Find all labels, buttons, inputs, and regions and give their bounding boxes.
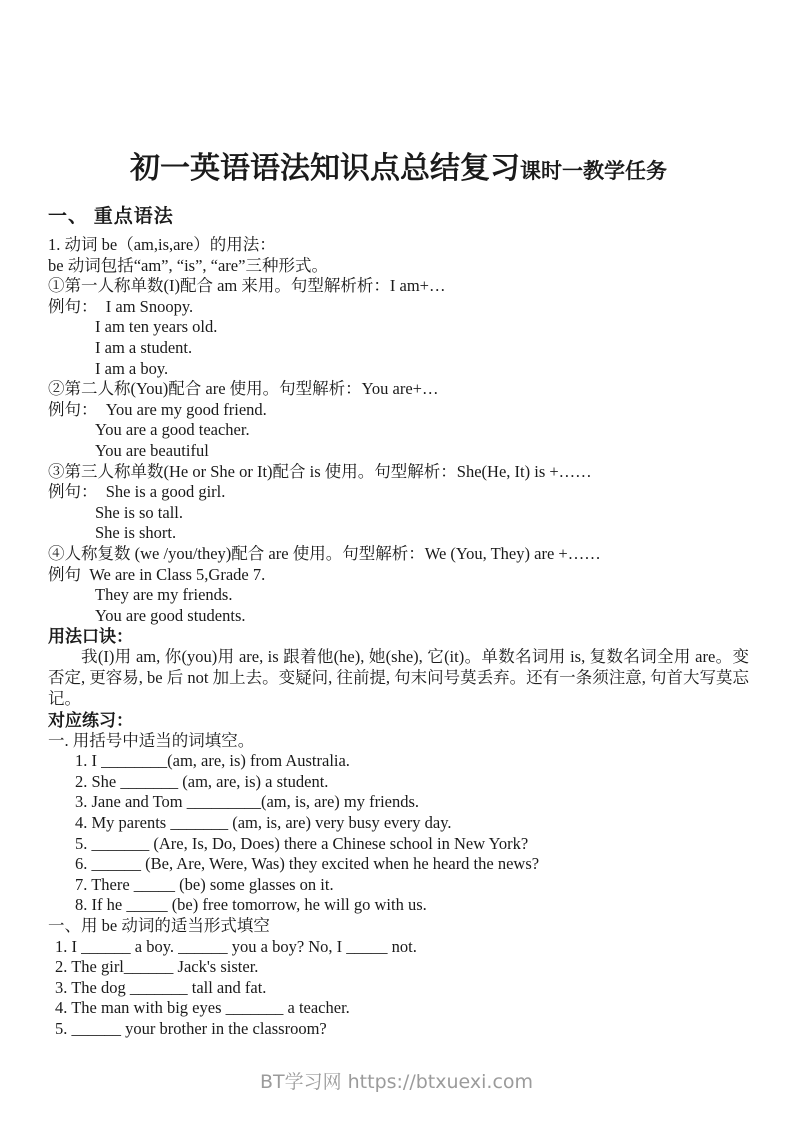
grammar-rule-1: ①第一人称单数(I)配合 am 来用。句型解析析：I am+… xyxy=(48,276,749,297)
mnemonic-text: 我(I)用 am, 你(you)用 are, is 跟着他(he), 她(she… xyxy=(48,647,749,709)
example-sentence: We are in Class 5,Grade 7. xyxy=(81,565,265,584)
example-line: You are a good teacher. xyxy=(48,420,749,441)
exercise2-item-4: 4. The man with big eyes _______ a teach… xyxy=(48,998,749,1019)
example-label: 例句 xyxy=(48,565,81,586)
exercise1-item-4: 4. My parents _______ (am, is, are) very… xyxy=(48,813,749,834)
exercise1-item-6: 6. ______ (Be, Are, Were, Was) they exci… xyxy=(48,854,749,875)
example-line: You are beautiful xyxy=(48,441,749,462)
exercise1-item-3: 3. Jane and Tom _________(am, is, are) m… xyxy=(48,792,749,813)
example-line: 例句： You are my good friend. xyxy=(48,400,749,421)
example-line: She is short. xyxy=(48,523,749,544)
exercise2-item-1: 1. I ______ a boy. ______ you a boy? No,… xyxy=(48,937,749,958)
page-title: 初一英语语法知识点总结复习课时一教学任务 xyxy=(48,148,749,187)
example-line: 例句： I am Snoopy. xyxy=(48,297,749,318)
example-label: 例句： xyxy=(48,400,98,421)
footer-site-credit: BT学习网 https://btxuexi.com xyxy=(0,1067,793,1094)
grammar-point-title: 1. 动词 be（am,is,are）的用法： xyxy=(48,235,749,256)
example-line: I am ten years old. xyxy=(48,317,749,338)
example-label: 例句： xyxy=(48,297,98,318)
page-title-main: 初一英语语法知识点总结复习 xyxy=(130,152,520,185)
example-line: She is so tall. xyxy=(48,503,749,524)
example-sentence: You are my good friend. xyxy=(98,400,267,419)
example-line: 例句： She is a good girl. xyxy=(48,482,749,503)
example-label: 例句： xyxy=(48,482,98,503)
example-sentence: She is a good girl. xyxy=(98,482,226,501)
mnemonic-heading: 用法口诀： xyxy=(48,626,749,647)
section-heading-key-grammar: 一、 重点语法 xyxy=(48,201,749,228)
document-content: 初一英语语法知识点总结复习课时一教学任务 一、 重点语法 1. 动词 be（am… xyxy=(48,148,749,1040)
grammar-rule-2: ②第二人称(You)配合 are 使用。句型解析：You are+… xyxy=(48,379,749,400)
exercise2-item-3: 3. The dog _______ tall and fat. xyxy=(48,978,749,999)
document-page: 初一英语语法知识点总结复习课时一教学任务 一、 重点语法 1. 动词 be（am… xyxy=(0,0,793,1122)
example-line: I am a student. xyxy=(48,338,749,359)
grammar-subpoints: ①第一人称单数(I)配合 am 来用。句型解析析：I am+…例句： I am … xyxy=(48,276,749,626)
example-line: 例句 We are in Class 5,Grade 7. xyxy=(48,565,749,586)
exercise1-item-5: 5. _______ (Are, Is, Do, Does) there a C… xyxy=(48,834,749,855)
example-line: They are my friends. xyxy=(48,585,749,606)
exercise2-item-2: 2. The girl______ Jack's sister. xyxy=(48,957,749,978)
example-line: I am a boy. xyxy=(48,359,749,380)
exercise1-items: 1. I ________(am, are, is) from Australi… xyxy=(48,751,749,916)
exercise1-item-2: 2. She _______ (am, are, is) a student. xyxy=(48,772,749,793)
exercise1-item-8: 8. If he _____ (be) free tomorrow, he wi… xyxy=(48,895,749,916)
page-title-sub: 课时一教学任务 xyxy=(520,159,667,183)
exercise2-items: 1. I ______ a boy. ______ you a boy? No,… xyxy=(48,937,749,1040)
grammar-rule-4: ④人称复数 (we /you/they)配合 are 使用。句型解析：We (Y… xyxy=(48,544,749,565)
example-sentence: I am Snoopy. xyxy=(98,297,194,316)
practice-heading: 对应练习： xyxy=(48,710,749,731)
grammar-point-intro: be 动词包括“am”, “is”, “are”三种形式。 xyxy=(48,256,749,277)
exercise2-title: 一、用 be 动词的适当形式填空 xyxy=(48,916,749,937)
example-line: You are good students. xyxy=(48,606,749,627)
exercise1-item-7: 7. There _____ (be) some glasses on it. xyxy=(48,875,749,896)
exercise2-item-5: 5. ______ your brother in the classroom? xyxy=(48,1019,749,1040)
grammar-rule-3: ③第三人称单数(He or She or It)配合 is 使用。句型解析：Sh… xyxy=(48,462,749,483)
exercise1-title: 一. 用括号中适当的词填空。 xyxy=(48,731,749,752)
exercise1-item-1: 1. I ________(am, are, is) from Australi… xyxy=(48,751,749,772)
